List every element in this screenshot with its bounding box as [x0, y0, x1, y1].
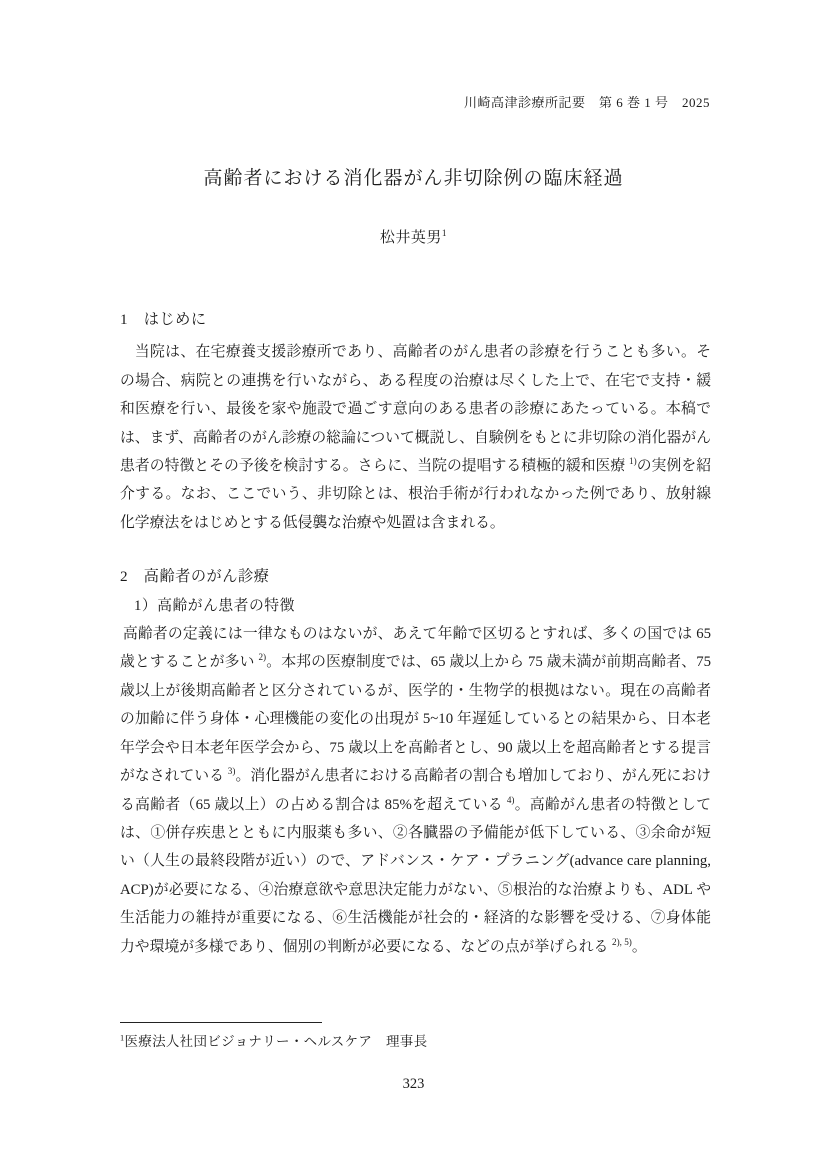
- author-affiliation-mark: 1: [442, 229, 447, 239]
- footnote-text: 医療法人社団ビジョナリー・ヘルスケア 理事長: [124, 1034, 427, 1049]
- article-body: 1 はじめに 当院は、在宅療養支援診療所であり、高齢者のがん患者の診療を行うこと…: [120, 306, 711, 961]
- journal-header: 川崎高津診療所記要 第 6 巻 1 号 2025: [120, 92, 710, 111]
- section-1-heading: 1 はじめに: [120, 306, 711, 334]
- footnote: 1医療法人社団ビジョナリー・ヘルスケア 理事長: [120, 1030, 710, 1050]
- document-page: 川崎高津診療所記要 第 6 巻 1 号 2025 高齢者における消化器がん非切除…: [0, 0, 827, 1170]
- author-name: 松井英男: [380, 230, 442, 246]
- elderly-features-paragraph: 高齢者の定義には一律なものはないが、あえて年齢で区切るとすれば、多くの国では 6…: [120, 620, 711, 961]
- intro-paragraph: 当院は、在宅療養支援診療所であり、高齢者のがん患者の診療を行うことも多い。その場…: [120, 338, 711, 537]
- footnote-divider: [120, 1022, 322, 1023]
- section-2-subheading: 1）高齢がん患者の特徴: [134, 592, 711, 620]
- author-line: 松井英男1: [0, 226, 827, 247]
- page-number: 323: [0, 1076, 827, 1093]
- section-2-heading: 2 高齢者のがん診療: [120, 563, 711, 591]
- paper-title: 高齢者における消化器がん非切除例の臨床経過: [0, 163, 827, 190]
